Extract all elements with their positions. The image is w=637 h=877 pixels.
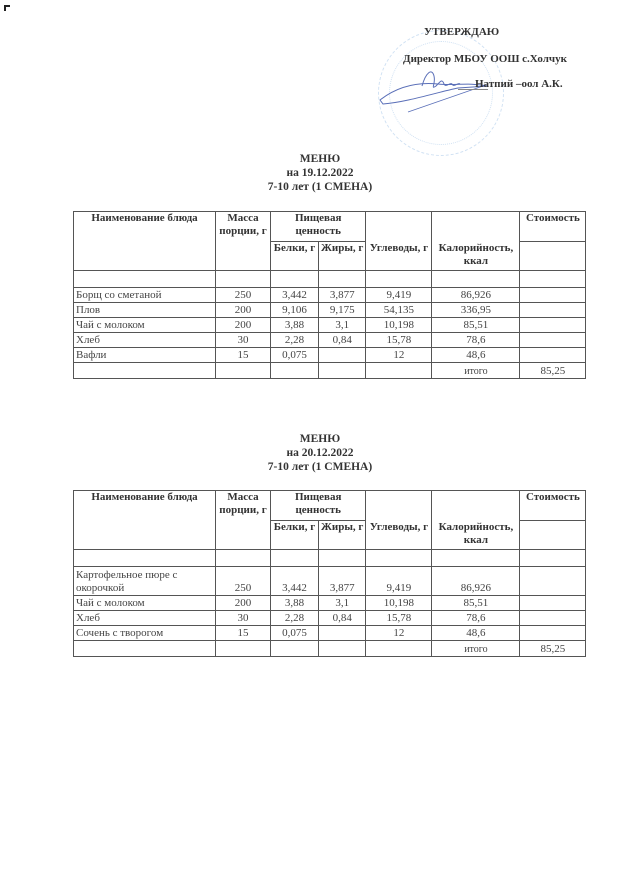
cell-carbs: 12 (366, 348, 432, 363)
cell-fat (319, 626, 366, 641)
cell-protein: 3,442 (271, 567, 319, 596)
cell-protein: 3,88 (271, 318, 319, 333)
cell-carbs: 12 (366, 626, 432, 641)
menu-row: Картофельное пюре с окорочкой2503,4423,8… (74, 567, 586, 596)
cell-calories: 86,926 (432, 567, 520, 596)
cell-dish: Вафли (74, 348, 216, 363)
header-calories: Калорийность, ккал (432, 521, 520, 550)
header-fat: Жиры, г (319, 242, 366, 271)
approval-heading: УТВЕРЖДАЮ (424, 26, 499, 38)
cell-protein: 3,442 (271, 288, 319, 303)
menu-1-rows: Борщ со сметаной2503,4423,8779,41986,926… (74, 288, 586, 363)
cell-fat: 9,175 (319, 303, 366, 318)
cell-mass: 15 (216, 626, 271, 641)
cell-protein: 3,88 (271, 596, 319, 611)
cell-carbs: 10,198 (366, 596, 432, 611)
menu-table-1: Наименование блюда Масса порции, г Пищев… (73, 211, 586, 379)
header-blank (74, 521, 216, 550)
scan-corner-mark (4, 5, 10, 11)
cell-dish: Плов (74, 303, 216, 318)
cell-protein: 2,28 (271, 333, 319, 348)
header-blank (520, 521, 586, 550)
menu-title-2: МЕНЮ на 20.12.2022 7-10 лет (1 СМЕНА) (230, 432, 410, 474)
cell-carbs: 15,78 (366, 333, 432, 348)
cell-protein: 2,28 (271, 611, 319, 626)
cell-carbs: 9,419 (366, 567, 432, 596)
cell-calories: 48,6 (432, 626, 520, 641)
menu-row: Хлеб302,280,8415,7878,6 (74, 333, 586, 348)
cell-calories: 336,95 (432, 303, 520, 318)
menu-heading: МЕНЮ (230, 432, 410, 446)
header-carbs: Углеводы, г (366, 242, 432, 271)
cell-cost (520, 348, 586, 363)
cell-dish: Чай с молоком (74, 596, 216, 611)
menu-date: на 19.12.2022 (230, 166, 410, 180)
cell-carbs: 9,419 (366, 288, 432, 303)
header-protein: Белки, г (271, 521, 319, 550)
cell-dish: Картофельное пюре с окорочкой (74, 567, 216, 596)
cell-carbs: 10,198 (366, 318, 432, 333)
cell-fat: 3,1 (319, 596, 366, 611)
total-label: итого (432, 641, 520, 657)
header-cost: Стоимость (520, 212, 586, 242)
cell-protein: 9,106 (271, 303, 319, 318)
cell-cost (520, 626, 586, 641)
cell-calories: 85,51 (432, 318, 520, 333)
cell-fat: 3,877 (319, 567, 366, 596)
cell-mass: 250 (216, 288, 271, 303)
cell-cost (520, 611, 586, 626)
header-blank (74, 242, 216, 271)
header-blank (366, 212, 432, 242)
total-row: итого 85,25 (74, 363, 586, 379)
cell-mass: 30 (216, 611, 271, 626)
cell-cost (520, 318, 586, 333)
header-blank (432, 491, 520, 521)
cell-mass: 200 (216, 596, 271, 611)
menu-group: 7-10 лет (1 СМЕНА) (230, 460, 410, 474)
cell-dish: Борщ со сметаной (74, 288, 216, 303)
menu-row: Плов2009,1069,17554,135336,95 (74, 303, 586, 318)
cell-cost (520, 333, 586, 348)
menu-row: Борщ со сметаной2503,4423,8779,41986,926 (74, 288, 586, 303)
cell-mass: 15 (216, 348, 271, 363)
cell-dish: Чай с молоком (74, 318, 216, 333)
total-row: итого 85,25 (74, 641, 586, 657)
total-value: 85,25 (520, 363, 586, 379)
cell-fat: 3,1 (319, 318, 366, 333)
cell-cost (520, 567, 586, 596)
cell-carbs: 54,135 (366, 303, 432, 318)
cell-calories: 48,6 (432, 348, 520, 363)
cell-cost (520, 288, 586, 303)
header-mass: Масса порции, г (216, 491, 271, 550)
cell-mass: 200 (216, 318, 271, 333)
cell-mass: 200 (216, 303, 271, 318)
menu-row: Вафли150,0751248,6 (74, 348, 586, 363)
cell-carbs: 15,78 (366, 611, 432, 626)
total-value: 85,25 (520, 641, 586, 657)
header-mass: Масса порции, г (216, 212, 271, 271)
menu-row: Сочень с творогом150,0751248,6 (74, 626, 586, 641)
cell-cost (520, 596, 586, 611)
cell-mass: 30 (216, 333, 271, 348)
director-name: Натпий –оол А.К. (475, 78, 563, 90)
cell-dish: Сочень с творогом (74, 626, 216, 641)
cell-fat: 0,84 (319, 333, 366, 348)
header-blank (432, 212, 520, 242)
cell-calories: 78,6 (432, 333, 520, 348)
cell-fat: 3,877 (319, 288, 366, 303)
director-title: Директор МБОУ ООШ с.Холчук (403, 53, 567, 65)
menu-2-rows: Картофельное пюре с окорочкой2503,4423,8… (74, 567, 586, 641)
menu-row: Хлеб302,280,8415,7878,6 (74, 611, 586, 626)
menu-title-1: МЕНЮ на 19.12.2022 7-10 лет (1 СМЕНА) (230, 152, 410, 194)
cell-calories: 78,6 (432, 611, 520, 626)
cell-dish: Хлеб (74, 611, 216, 626)
header-calories: Калорийность, ккал (432, 242, 520, 271)
header-dish: Наименование блюда (74, 491, 216, 521)
header-fat: Жиры, г (319, 521, 366, 550)
menu-heading: МЕНЮ (230, 152, 410, 166)
cell-fat (319, 348, 366, 363)
header-cost: Стоимость (520, 491, 586, 521)
total-label: итого (432, 363, 520, 379)
cell-fat: 0,84 (319, 611, 366, 626)
cell-dish: Хлеб (74, 333, 216, 348)
header-blank (520, 242, 586, 271)
header-dish: Наименование блюда (74, 212, 216, 242)
cell-mass: 250 (216, 567, 271, 596)
header-nutrition: Пищевая ценность (271, 212, 366, 242)
header-blank (366, 491, 432, 521)
cell-protein: 0,075 (271, 348, 319, 363)
cell-calories: 86,926 (432, 288, 520, 303)
cell-cost (520, 303, 586, 318)
menu-group: 7-10 лет (1 СМЕНА) (230, 180, 410, 194)
header-carbs: Углеводы, г (366, 521, 432, 550)
cell-protein: 0,075 (271, 626, 319, 641)
menu-date: на 20.12.2022 (230, 446, 410, 460)
cell-calories: 85,51 (432, 596, 520, 611)
menu-row: Чай с молоком2003,883,110,19885,51 (74, 318, 586, 333)
menu-table-2: Наименование блюда Масса порции, г Пищев… (73, 490, 586, 657)
menu-row: Чай с молоком2003,883,110,19885,51 (74, 596, 586, 611)
header-nutrition: Пищевая ценность (271, 491, 366, 521)
header-protein: Белки, г (271, 242, 319, 271)
